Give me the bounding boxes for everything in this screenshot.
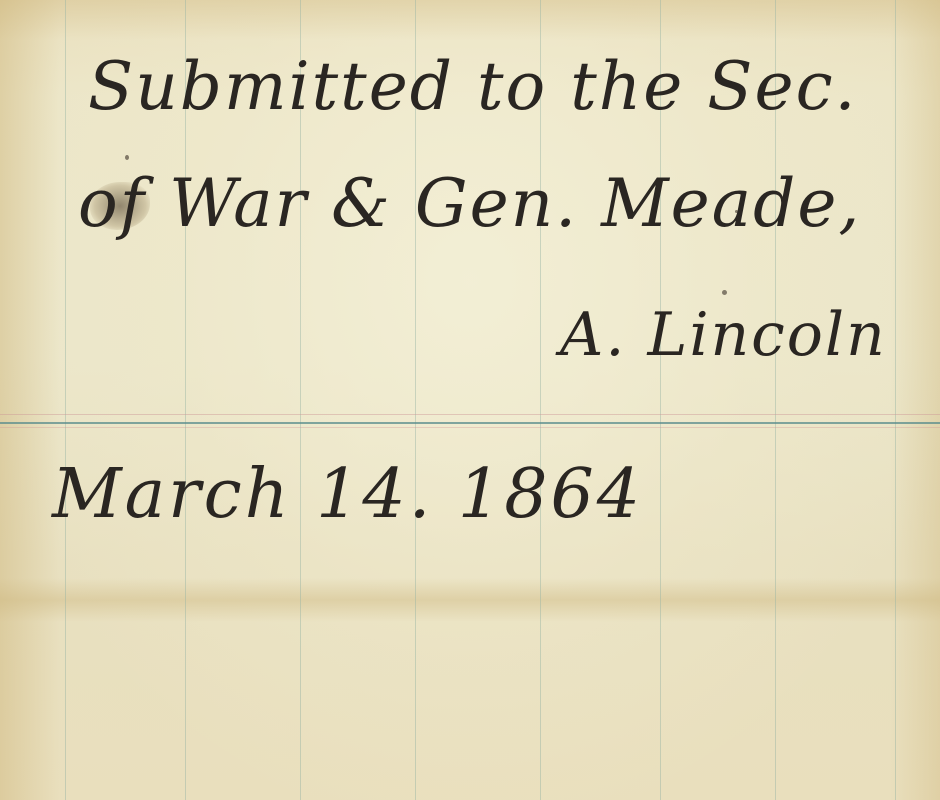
ink-speck	[125, 155, 129, 160]
horizontal-margin-rule-bottom	[0, 427, 940, 428]
endorsement-line-2: of War & Gen. Meade,	[78, 165, 861, 242]
age-stain-band	[0, 578, 940, 622]
paper-edge-shading-top	[0, 0, 940, 40]
ink-speck	[722, 290, 727, 295]
paper-edge-shading-right	[890, 0, 940, 800]
signature: A. Lincoln	[560, 300, 887, 370]
endorsement-line-1: Submitted to the Sec.	[88, 48, 858, 125]
paper-edge-shading-left	[0, 0, 60, 800]
horizontal-rule-line	[0, 422, 940, 424]
vertical-rule-line	[895, 0, 896, 800]
horizontal-margin-rule-top	[0, 414, 940, 415]
ruled-paper-sheet: Submitted to the Sec. of War & Gen. Mead…	[0, 0, 940, 800]
date-line: March 14. 1864	[52, 455, 643, 534]
vertical-rule-line	[65, 0, 66, 800]
